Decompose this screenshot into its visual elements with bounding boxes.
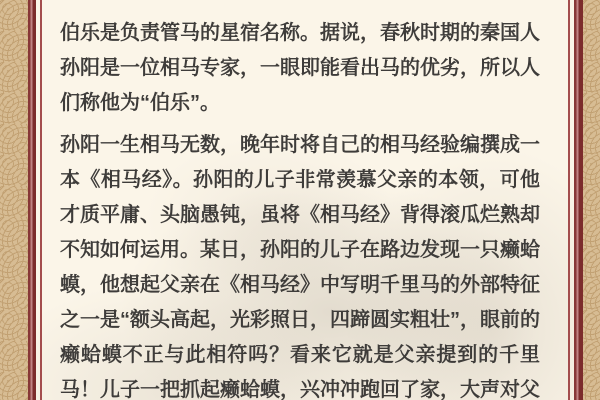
story-paragraph-body: 孙阳一生相马无数，晚年时将自己的相马经验编撰成一本《相马经》。孙阳的儿子非常羡慕… <box>60 128 540 400</box>
right-inner-frame-line <box>568 0 570 400</box>
story-text-area: 伯乐是负责管马的星宿名称。据说，春秋时期的秦国人孙阳是一位相马专家，一眼即能看出… <box>42 0 568 400</box>
left-cloud-pattern-border <box>0 0 28 400</box>
right-red-frame-band <box>574 0 583 400</box>
storybook-page: 伯乐是负责管马的星宿名称。据说，春秋时期的秦国人孙阳是一位相马专家，一眼即能看出… <box>0 0 600 400</box>
right-cloud-pattern-border <box>583 0 600 400</box>
left-red-frame-band <box>28 0 36 400</box>
story-paragraph-intro: 伯乐是负责管马的星宿名称。据说，春秋时期的秦国人孙阳是一位相马专家，一眼即能看出… <box>60 16 540 121</box>
